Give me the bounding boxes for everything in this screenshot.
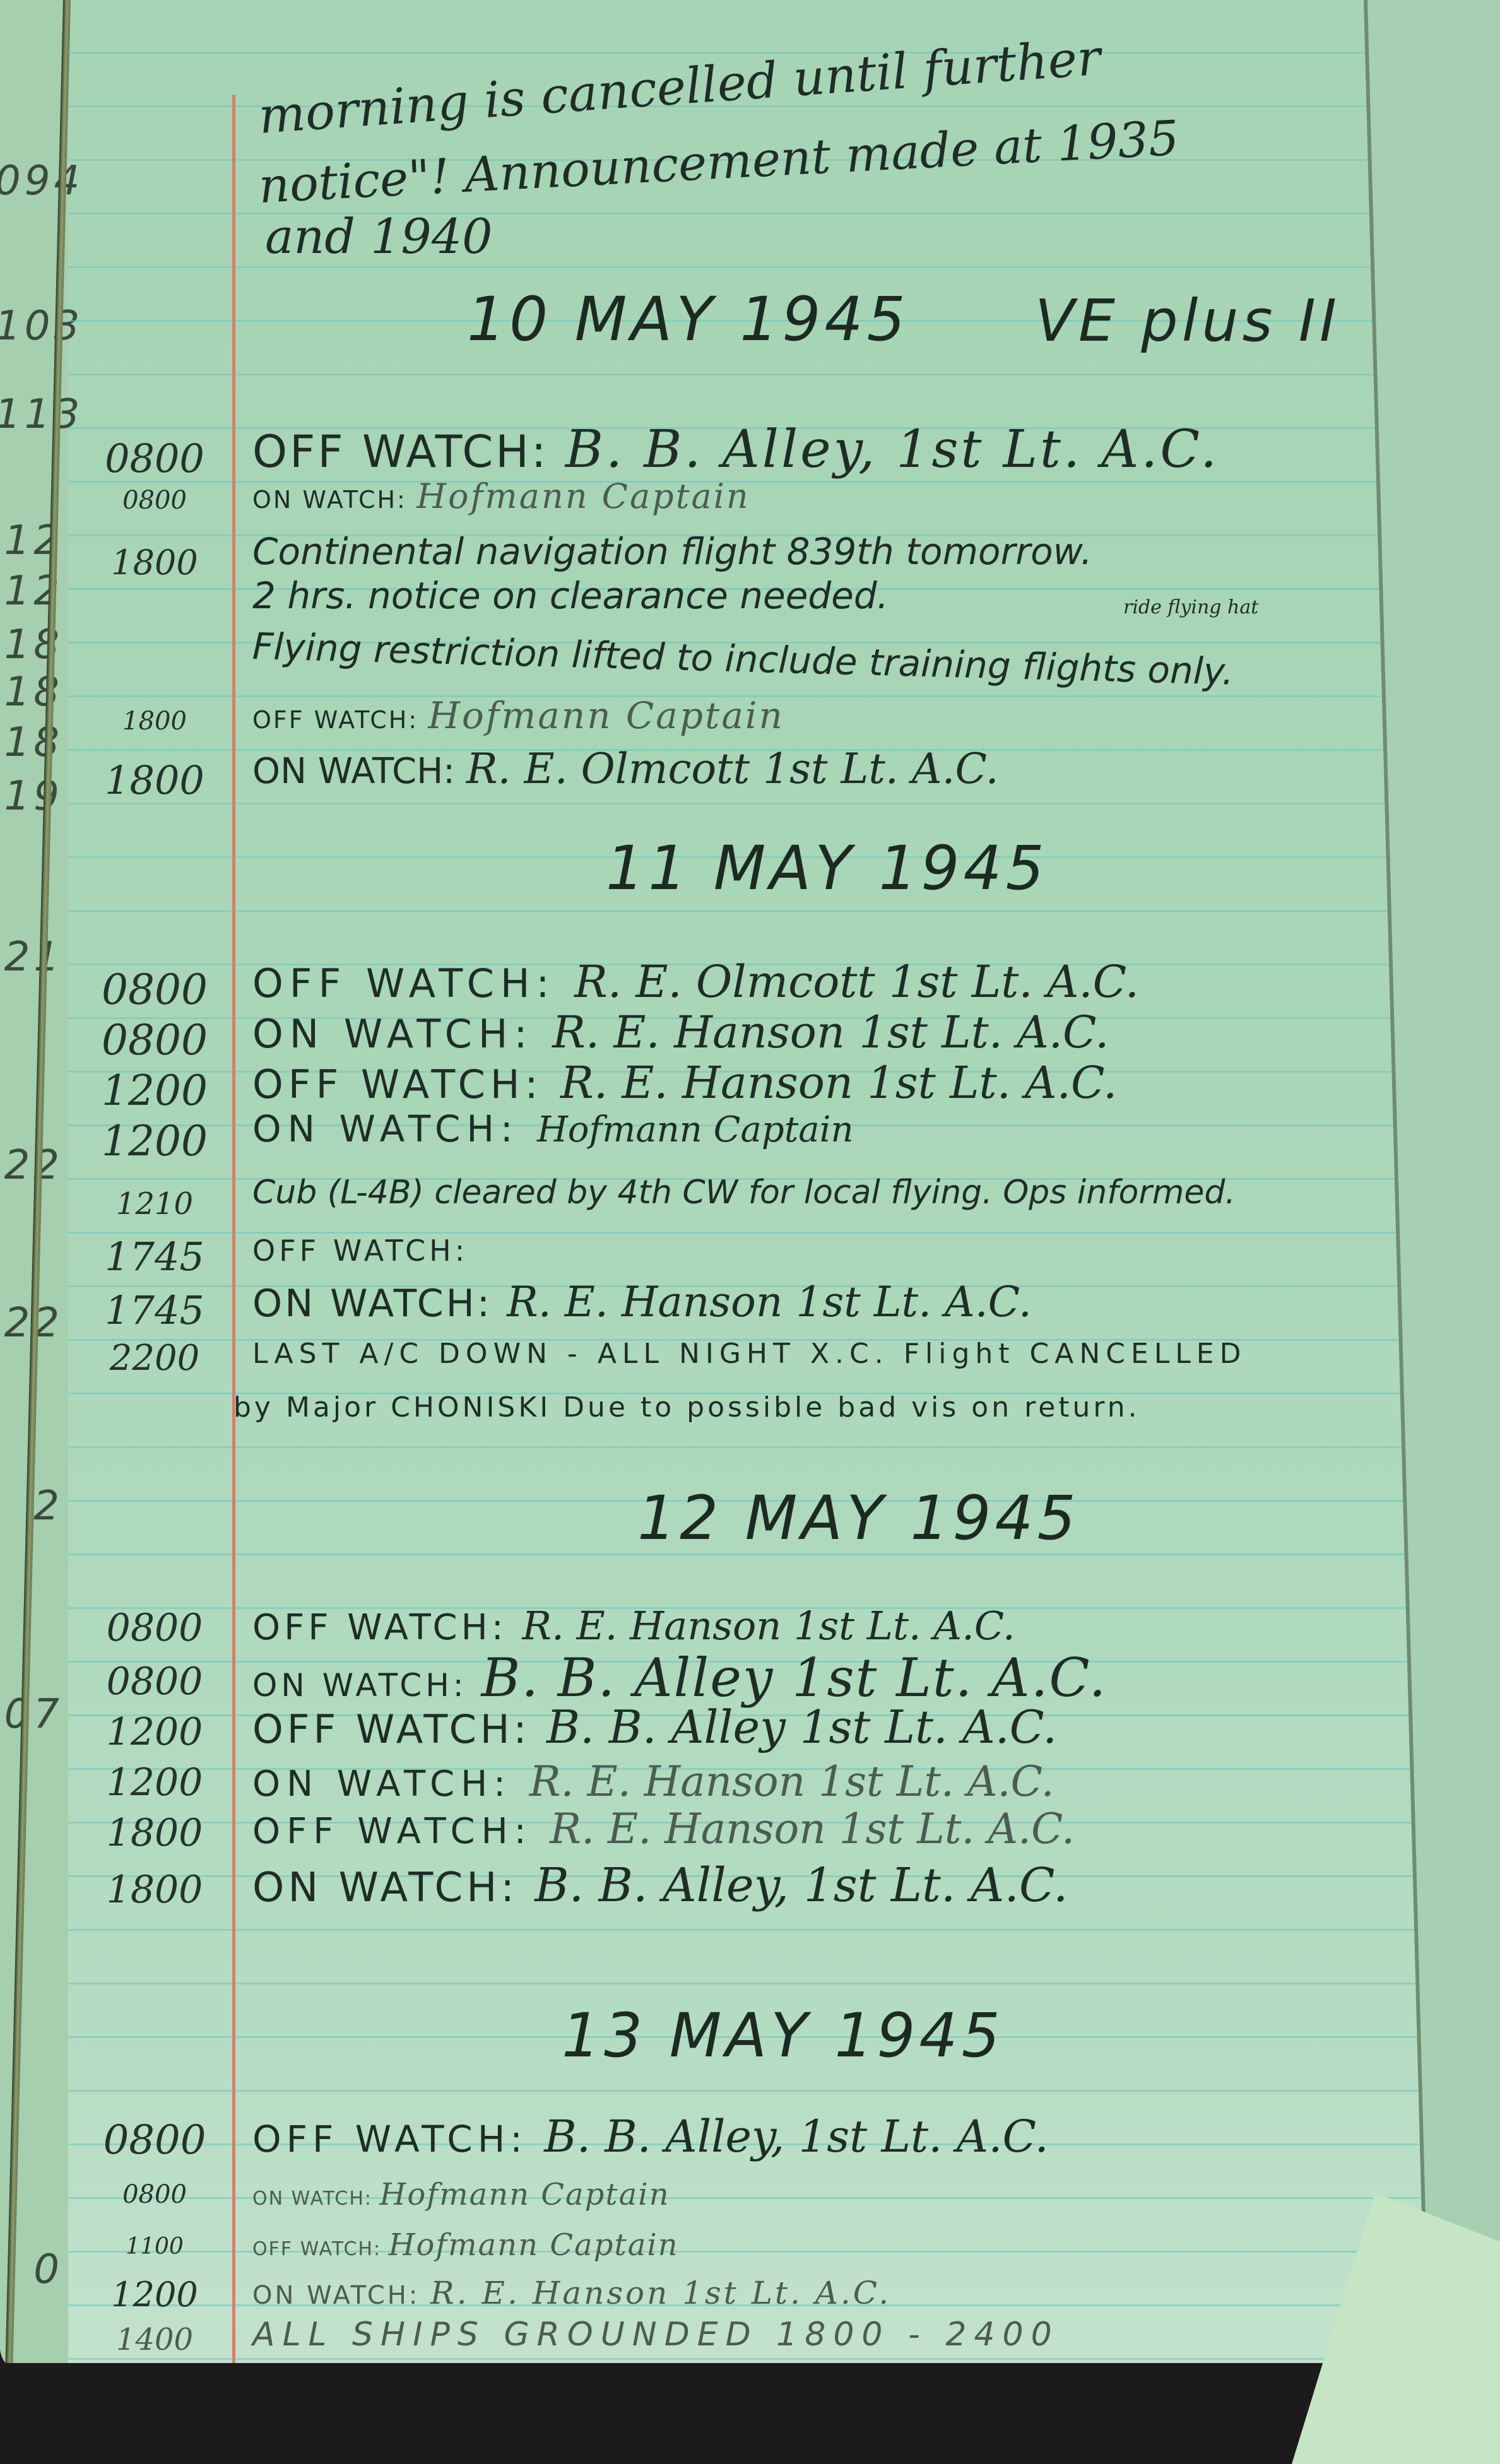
entry-text: ON WATCH: (252, 751, 455, 792)
log-entry: ON WATCH: R. E. Hanson 1st Lt. A.C. (252, 1006, 1109, 1058)
entry-time: 1400 (82, 2322, 227, 2357)
date-heading: 10 MAY 1945 (467, 284, 909, 355)
entry-time: 1200 (82, 1710, 227, 1754)
continuation-line: and 1940 (265, 208, 492, 264)
red-margin-line (232, 95, 235, 2366)
entry-time: 1200 (82, 1117, 227, 1165)
entry-text: OFF WATCH: (252, 2118, 528, 2160)
log-entry: ON WATCH: B. B. Alley, 1st Lt. A.C. (252, 1858, 1068, 1913)
entry-text: ON WATCH: (252, 486, 407, 514)
signature: B. B. Alley, 1st Lt. A.C. (565, 420, 1220, 480)
margin-number: 19 (0, 773, 63, 820)
signature: B. B. Alley 1st Lt. A.C. (481, 1647, 1107, 1709)
entry-time: 1200 (82, 1066, 227, 1115)
log-entry: OFF WATCH: R. E. Olmcott 1st Lt. A.C. (252, 956, 1139, 1008)
log-entry: Cub (L-4B) cleared by 4th CW for local f… (252, 1174, 1236, 1211)
entry-time: 1800 (82, 1811, 227, 1855)
entry-time: 1800 (82, 543, 227, 582)
entry-time: 0800 (82, 1016, 227, 1064)
entry-time: 1745 (82, 1234, 227, 1280)
log-entry: Continental navigation flight 839th tomo… (252, 530, 1092, 573)
log-entry: OFF WATCH: B. B. Alley 1st Lt. A.C. (252, 1701, 1057, 1754)
entry-text: OFF WATCH: (252, 1811, 533, 1852)
signature: B. B. Alley, 1st Lt. A.C. (544, 2111, 1048, 2162)
signature: Hofmann Captain (428, 694, 784, 737)
signature: R. E. Hanson 1st Lt. A.C. (550, 1805, 1075, 1853)
signature: R. E. Hanson 1st Lt. A.C. (560, 1057, 1117, 1109)
signature: Hofmann Captain (380, 2177, 670, 2212)
log-entry: OFF WATCH: Hofmann Captain (252, 2227, 679, 2263)
log-entry: ON WATCH: R. E. Hanson 1st Lt. A.C. (252, 2275, 891, 2311)
entry-text: OFF WATCH: (252, 1706, 530, 1752)
entry-time: 0800 (82, 2180, 227, 2209)
log-entry: LAST A/C DOWN - ALL NIGHT X.C. Flight CA… (252, 1338, 1247, 1370)
signature: R. E. Hanson 1st Lt. A.C. (529, 1757, 1054, 1806)
log-book-page: 094 103 113 12 12 18 18 18 19 21 22 22 2… (0, 0, 1500, 2373)
entry-time: 0800 (82, 965, 227, 1014)
log-entry: OFF WATCH: R. E. Hanson 1st Lt. A.C. (252, 1805, 1075, 1853)
entry-text: ON WATCH: (252, 1282, 492, 1326)
log-entry: ON WATCH: Hofmann Captain (252, 2177, 670, 2212)
entry-text: OFF WATCH: (252, 2238, 381, 2260)
signature: R. E. Hanson 1st Lt. A.C. (430, 2275, 891, 2311)
signature: Hofmann Captain (537, 1109, 854, 1150)
signature: B. B. Alley, 1st Lt. A.C. (534, 1858, 1068, 1913)
entry-text: ON WATCH: (252, 1865, 518, 1911)
log-entry: ON WATCH: Hofmann Captain (252, 476, 750, 516)
entry-text: ON WATCH: (252, 1011, 533, 1057)
margin-number: 22 (0, 1142, 63, 1189)
entry-text: ON WATCH: (252, 1107, 519, 1150)
ve-day-note: VE plus II (1035, 287, 1340, 355)
entry-time: 2200 (82, 1338, 227, 1379)
table-surface (0, 2363, 1500, 2464)
signature: R. E. Hanson 1st Lt. A.C. (552, 1006, 1109, 1058)
margin-number: 21 (0, 934, 63, 981)
log-entry: OFF WATCH: Hofmann Captain (252, 694, 784, 737)
signature: Hofmann Captain (389, 2227, 679, 2263)
entry-time: 0800 (82, 1606, 227, 1650)
entry-text: OFF WATCH: (252, 1061, 543, 1107)
margin-number: 094 (0, 158, 63, 204)
entry-time: 1100 (82, 2234, 227, 2260)
entry-time: 1800 (82, 757, 227, 803)
log-entry: 2 hrs. notice on clearance needed. (252, 574, 889, 617)
entry-time: 1210 (82, 1186, 227, 1222)
log-entry: ON WATCH: Hofmann Captain (252, 1107, 854, 1150)
entry-text: ON WATCH: (252, 2188, 372, 2210)
signature: R. E. Olmcott 1st Lt. A.C. (574, 956, 1139, 1008)
log-entry: OFF WATCH: (252, 1234, 468, 1268)
date-heading: 11 MAY 1945 (606, 833, 1048, 904)
signature: Hofmann Captain (416, 476, 750, 516)
entry-time: 0800 (82, 2117, 227, 2164)
log-entry: ALL SHIPS GROUNDED 1800 - 2400 (252, 2316, 1060, 2354)
log-entry: OFF WATCH: B. B. Alley, 1st Lt. A.C. (252, 2111, 1049, 2162)
signature: B. B. Alley 1st Lt. A.C. (546, 1701, 1057, 1754)
entry-text: OFF WATCH: (252, 960, 555, 1006)
signature: R. E. Olmcott 1st Lt. A.C. (466, 745, 999, 793)
entry-time: 0800 (82, 435, 227, 481)
log-entry: ON WATCH: B. B. Alley 1st Lt. A.C. (252, 1647, 1107, 1709)
entry-time: 0800 (82, 1659, 227, 1704)
log-entry: ON WATCH: R. E. Olmcott 1st Lt. A.C. (252, 745, 999, 793)
log-entry: ON WATCH: R. E. Hanson 1st Lt. A.C. (252, 1757, 1054, 1806)
entry-time: 1745 (82, 1287, 227, 1333)
entry-time: 1200 (82, 2275, 227, 2314)
entry-time: 1200 (82, 1760, 227, 1805)
entry-text: OFF WATCH: (252, 706, 418, 734)
log-entry: OFF WATCH: R. E. Hanson 1st Lt. A.C. (252, 1603, 1015, 1649)
entry-text: OFF WATCH: (252, 426, 548, 478)
entry-text: ON WATCH: (252, 2281, 420, 2310)
log-entry: OFF WATCH: B. B. Alley, 1st Lt. A.C. (252, 420, 1219, 480)
log-entry: OFF WATCH: R. E. Hanson 1st Lt. A.C. (252, 1057, 1117, 1109)
margin-number: 18 (0, 719, 63, 766)
signature: R. E. Hanson 1st Lt. A.C. (522, 1603, 1015, 1649)
entry-text: ON WATCH: (252, 1667, 468, 1704)
margin-number: 07 (0, 1691, 63, 1738)
entry-time: 1800 (82, 707, 227, 736)
entry-text: OFF WATCH: (252, 1607, 507, 1648)
margin-number: 103 (0, 303, 63, 350)
entry-time: 1800 (82, 1868, 227, 1912)
entry-time: 0800 (82, 486, 227, 515)
entry-text: ON WATCH: (252, 1764, 512, 1805)
log-entry: ON WATCH: R. E. Hanson 1st Lt. A.C. (252, 1278, 1032, 1326)
date-heading: 13 MAY 1945 (562, 2000, 1004, 2071)
date-heading: 12 MAY 1945 (637, 1483, 1080, 1553)
log-entry: by Major CHONISKI Due to possible bad vi… (233, 1391, 1140, 1424)
signature: R. E. Hanson 1st Lt. A.C. (507, 1278, 1032, 1326)
inserted-note: ride flying hat (1123, 596, 1258, 618)
